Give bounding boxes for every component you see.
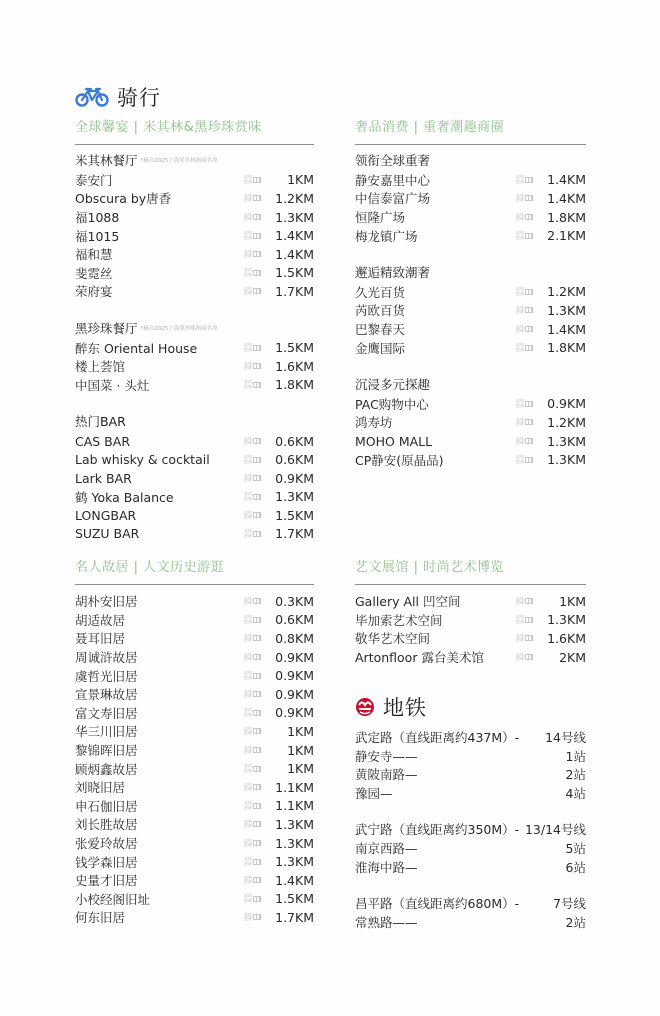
distance-tag-icon: 直线距离 [244, 913, 268, 922]
list-item: 聂耳旧居直线距离0.8KM [75, 629, 314, 648]
list-item: 巴黎春天直线距离1.4KM [355, 320, 586, 339]
list-item: 楼上荟馆直线距离1.6KM [75, 357, 314, 376]
category-title: 名人故居 | 人文历史游逛 [75, 558, 314, 578]
category-title: 艺文展馆 | 时尚艺术博览 [355, 558, 586, 578]
category-shopping: 奢品消费 | 重奢潮趣商圈 领衔全球重奢 静安嘉里中心直线距离1.4KM 中信泰… [355, 118, 586, 488]
distance-tag-icon: 直线距离 [244, 615, 268, 624]
distance-tag-icon: 直线距离 [516, 343, 540, 352]
list-item: 梅龙镇广场直线距离2.1KM [355, 226, 586, 245]
list-item: 恒隆广场直线距离1.8KM [355, 208, 586, 227]
distance-tag-icon: 直线距离 [244, 362, 268, 371]
metro-stop-row: 常熟路——2站 [355, 914, 586, 933]
distance-tag-icon: 直线距离 [244, 175, 268, 184]
list-item: 刘晓旧居直线距离1.1KM [75, 778, 314, 797]
list-item: 福1088直线距离1.3KM [75, 208, 314, 227]
distance-tag-icon: 直线距离 [244, 231, 268, 240]
metro-station: 昌平路（直线距离约680M）-7号线 常熟路——2站 [355, 895, 586, 932]
distance-tag-icon: 直线距离 [244, 250, 268, 259]
group-heading: 米其林餐厅*摘自2025上海米其林指南名单 [75, 152, 314, 171]
distance-tag-icon: 直线距离 [516, 615, 540, 624]
distance-tag-icon: 直线距离 [244, 783, 268, 792]
list-item: 鸿寿坊直线距离1.2KM [355, 413, 586, 432]
metro-stop-row: 豫园—4站 [355, 785, 586, 804]
distance-tag-icon: 直线距离 [244, 764, 268, 773]
metro-station: 武定路（直线距离约437M）-14号线 静安寺——1站 黄陂南路—2站 豫园—4… [355, 729, 586, 803]
list-item: 敬华艺术空间直线距离1.6KM [355, 629, 586, 648]
distance-tag-icon: 直线距离 [244, 820, 268, 829]
list-item: 钱学森旧居直线距离1.3KM [75, 852, 314, 871]
list-item: 顾炳鑫故居直线距离1KM [75, 759, 314, 778]
group-immersive: 沉浸多元探趣 PAC购物中心直线距离0.9KM 鸿寿坊直线距离1.2KM MOH… [355, 376, 586, 469]
group-heading: 热门BAR [75, 413, 314, 432]
distance-tag-icon: 直线距离 [516, 437, 540, 446]
list-item: 泰安门直线距离1KM [75, 171, 314, 190]
list-item: CAS BAR直线距离0.6KM [75, 432, 314, 451]
distance-tag-icon: 直线距离 [244, 876, 268, 885]
metro-title: 地铁 [383, 692, 427, 722]
list-item: CP静安(原晶品)直线距离1.3KM [355, 450, 586, 469]
list-item: 中信泰富广场直线距离1.4KM [355, 189, 586, 208]
list-item: 周诚浒故居直线距离0.9KM [75, 648, 314, 667]
divider [355, 584, 586, 585]
distance-tag-icon: 直线距离 [244, 343, 268, 352]
list-item: 胡适故居直线距离0.6KM [75, 611, 314, 630]
divider [75, 584, 314, 585]
list-item: 金鹰国际直线距离1.8KM [355, 338, 586, 357]
footnote: *摘自2025上海黑珍珠指南名单 [141, 326, 218, 332]
metro-stop-row: 南京西路—5站 [355, 840, 586, 859]
category-residences: 名人故居 | 人文历史游逛 胡朴安旧居直线距离0.3KM 胡适故居直线距离0.6… [75, 558, 314, 946]
distance-tag-icon: 直线距离 [516, 306, 540, 315]
distance-tag-icon: 直线距离 [244, 455, 268, 464]
metro-station-row: 武宁路（直线距离约350M）-13/14号线 [355, 821, 586, 840]
list-item: 申石伽旧居直线距离1.1KM [75, 797, 314, 816]
group-luxury: 领衔全球重奢 静安嘉里中心直线距离1.4KM 中信泰富广场直线距离1.4KM 恒… [355, 152, 586, 245]
distance-tag-icon: 直线距离 [244, 690, 268, 699]
group-michelin: 米其林餐厅*摘自2025上海米其林指南名单 泰安门直线距离1KM Obscura… [75, 152, 314, 301]
list-item: 胡朴安旧居直线距离0.3KM [75, 592, 314, 611]
distance-tag-icon: 直线距离 [516, 287, 540, 296]
distance-tag-icon: 直线距离 [244, 529, 268, 538]
list-item: 宣景琳故居直线距离0.9KM [75, 685, 314, 704]
list-item: 毕加索艺术空间直线距离1.3KM [355, 611, 586, 630]
list-item: 刘长胜故居直线距离1.3KM [75, 815, 314, 834]
list-item: 福1015直线距离1.4KM [75, 226, 314, 245]
distance-tag-icon: 直线距离 [244, 727, 268, 736]
metro-section-header: 地铁 [355, 692, 427, 722]
list-item: Artonfloor 露台美术馆直线距离2KM [355, 648, 586, 667]
distance-tag-icon: 直线距离 [516, 231, 540, 240]
category-title: 奢品消费 | 重奢潮趣商圈 [355, 118, 586, 138]
list-item: 史量才旧居直线距离1.4KM [75, 871, 314, 890]
list-item: Gallery All 凹空间直线距离1KM [355, 592, 586, 611]
distance-tag-icon: 直线距离 [516, 634, 540, 643]
distance-tag-icon: 直线距离 [516, 597, 540, 606]
list-item: Lark BAR直线距离0.9KM [75, 469, 314, 488]
group-residences: 胡朴安旧居直线距离0.3KM 胡适故居直线距离0.6KM 聂耳旧居直线距离0.8… [75, 592, 314, 927]
distance-tag-icon: 直线距离 [244, 380, 268, 389]
list-item: 黎锦晖旧居直线距离1KM [75, 741, 314, 760]
distance-tag-icon: 直线距离 [244, 634, 268, 643]
list-item: SUZU BAR直线距离1.7KM [75, 525, 314, 544]
divider [75, 144, 314, 145]
distance-tag-icon: 直线距离 [244, 268, 268, 277]
list-item: 福和慧直线距离1.4KM [75, 245, 314, 264]
distance-tag-icon: 直线距离 [244, 894, 268, 903]
list-item: 张爱玲故居直线距离1.3KM [75, 834, 314, 853]
distance-tag-icon: 直线距离 [244, 597, 268, 606]
distance-tag-icon: 直线距离 [244, 437, 268, 446]
list-item: MOHO MALL直线距离1.3KM [355, 432, 586, 451]
distance-tag-icon: 直线距离 [516, 213, 540, 222]
distance-tag-icon: 直线距离 [516, 325, 540, 334]
list-item: 芮欧百货直线距离1.3KM [355, 301, 586, 320]
group-bars: 热门BAR CAS BAR直线距离0.6KM Lab whisky & cock… [75, 413, 314, 543]
metro-station-row: 武定路（直线距离约437M）-14号线 [355, 729, 586, 748]
list-item: 小校经阁旧址直线距离1.5KM [75, 890, 314, 909]
distance-tag-icon: 直线距离 [244, 653, 268, 662]
divider [355, 144, 586, 145]
list-item: 何东旧居直线距离1.7KM [75, 908, 314, 927]
distance-tag-icon: 直线距离 [244, 194, 268, 203]
group-black-pearl: 黑珍珠餐厅*摘自2025上海黑珍珠指南名单 醉东 Oriental House直… [75, 320, 314, 394]
distance-tag-icon: 直线距离 [516, 175, 540, 184]
group-trendy: 邂逅精致潮奢 久光百货直线距离1.2KM 芮欧百货直线距离1.3KM 巴黎春天直… [355, 264, 586, 357]
bicycle-icon [75, 87, 109, 107]
group-heading: 沉浸多元探趣 [355, 376, 586, 395]
list-item: 华三川旧居直线距离1KM [75, 722, 314, 741]
distance-tag-icon: 直线距离 [244, 492, 268, 501]
metro-stop-row: 淮海中路—6站 [355, 859, 586, 878]
cycling-title: 骑行 [117, 82, 161, 112]
cycling-section-header: 骑行 [75, 82, 161, 112]
distance-tag-icon: 直线距离 [516, 194, 540, 203]
category-dining: 全球馨宴 | 米其林&黑珍珠赏味 米其林餐厅*摘自2025上海米其林指南名单 泰… [75, 118, 314, 562]
list-item: 斐霓丝直线距离1.5KM [75, 264, 314, 283]
list-item: 虞哲光旧居直线距离0.9KM [75, 666, 314, 685]
list-item: Obscura by唐香直线距离1.2KM [75, 189, 314, 208]
list-item: LONGBAR直线距离1.5KM [75, 506, 314, 525]
distance-tag-icon: 直线距离 [244, 213, 268, 222]
metro-station: 武宁路（直线距离约350M）-13/14号线 南京西路—5站 淮海中路—6站 [355, 821, 586, 877]
metro-stop-row: 静安寺——1站 [355, 748, 586, 767]
distance-tag-icon: 直线距离 [244, 287, 268, 296]
metro-station-row: 昌平路（直线距离约680M）-7号线 [355, 895, 586, 914]
list-item: 醉东 Oriental House直线距离1.5KM [75, 338, 314, 357]
list-item: 静安嘉里中心直线距离1.4KM [355, 171, 586, 190]
list-item: Lab whisky & cocktail直线距离0.6KM [75, 450, 314, 469]
group-heading: 黑珍珠餐厅*摘自2025上海黑珍珠指南名单 [75, 320, 314, 339]
category-galleries: 艺文展馆 | 时尚艺术博览 Gallery All 凹空间直线距离1KM 毕加索… [355, 558, 586, 685]
metro-list: 武定路（直线距离约437M）-14号线 静安寺——1站 黄陂南路—2站 豫园—4… [355, 729, 586, 950]
distance-tag-icon: 直线距离 [244, 474, 268, 483]
distance-tag-icon: 直线距离 [244, 746, 268, 755]
group-heading: 领衔全球重奢 [355, 152, 586, 171]
category-title: 全球馨宴 | 米其林&黑珍珠赏味 [75, 118, 314, 138]
list-item: 富文寿旧居直线距离0.9KM [75, 704, 314, 723]
distance-tag-icon: 直线距离 [244, 708, 268, 717]
distance-tag-icon: 直线距离 [244, 801, 268, 810]
group-galleries: Gallery All 凹空间直线距离1KM 毕加索艺术空间直线距离1.3KM … [355, 592, 586, 666]
distance-tag-icon: 直线距离 [244, 839, 268, 848]
metro-stop-row: 黄陂南路—2站 [355, 766, 586, 785]
list-item: 荣府宴直线距离1.7KM [75, 282, 314, 301]
shanghai-metro-icon [355, 697, 375, 717]
list-item: 鹤 Yoka Balance直线距离1.3KM [75, 488, 314, 507]
distance-tag-icon: 直线距离 [244, 857, 268, 866]
distance-tag-icon: 直线距离 [244, 511, 268, 520]
distance-tag-icon: 直线距离 [516, 653, 540, 662]
distance-tag-icon: 直线距离 [244, 671, 268, 680]
list-item: 中国菜 · 头灶直线距离1.8KM [75, 376, 314, 395]
group-heading: 邂逅精致潮奢 [355, 264, 586, 283]
distance-tag-icon: 直线距离 [516, 418, 540, 427]
footnote: *摘自2025上海米其林指南名单 [141, 158, 218, 164]
list-item: PAC购物中心直线距离0.9KM [355, 395, 586, 414]
distance-tag-icon: 直线距离 [516, 399, 540, 408]
list-item: 久光百货直线距离1.2KM [355, 283, 586, 302]
distance-tag-icon: 直线距离 [516, 455, 540, 464]
